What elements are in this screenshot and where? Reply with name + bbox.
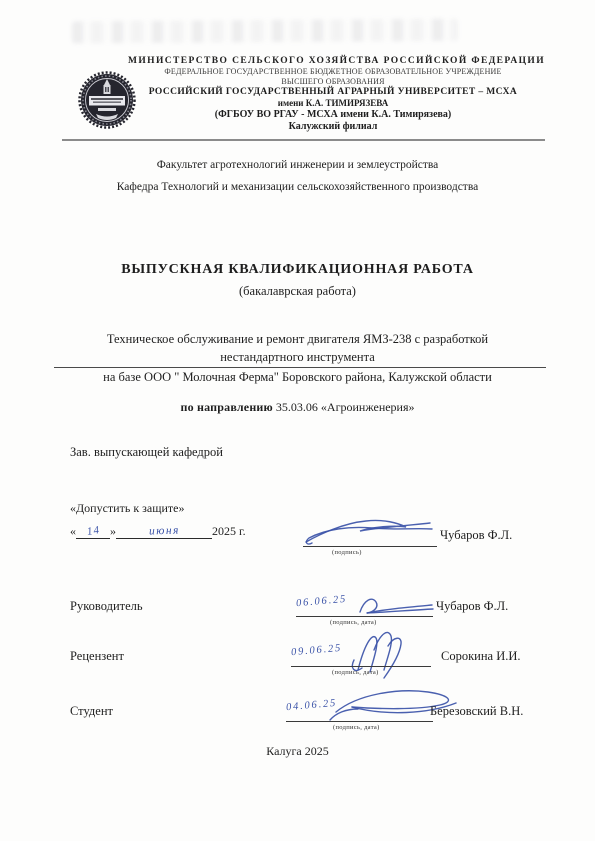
student-name: Березовский В.Н. bbox=[430, 704, 523, 719]
signature-line bbox=[286, 721, 433, 722]
year-label: 2025 г. bbox=[212, 524, 246, 538]
supervisor-name: Чубаров Ф.Л. bbox=[436, 599, 508, 614]
program-value: 35.03.06 «Агроинженерия» bbox=[276, 400, 415, 414]
org-type-line: ФЕДЕРАЛЬНОЕ ГОСУДАРСТВЕННОЕ БЮДЖЕТНОЕ ОБ… bbox=[128, 67, 538, 77]
handwritten-day: 14 bbox=[86, 524, 101, 538]
signature-caption: (подпись, дата) bbox=[332, 669, 379, 676]
department-line: Кафедра Технологий и механизации сельско… bbox=[0, 181, 595, 193]
approval-date-row: «14»июня2025 г. bbox=[70, 523, 246, 539]
topic-underline bbox=[54, 367, 546, 368]
city-year: Калуга 2025 bbox=[0, 744, 595, 759]
signature-caption: (подпись) bbox=[332, 549, 362, 556]
role-label-student: Студент bbox=[70, 704, 113, 719]
org-type-line2: ВЫСШЕГО ОБРАЗОВАНИЯ bbox=[128, 77, 538, 87]
topic-line-1: Техническое обслуживание и ремонт двигат… bbox=[0, 332, 595, 347]
faculty-line: Факультет агротехнологий инженерии и зем… bbox=[0, 159, 595, 171]
signature-line bbox=[296, 616, 433, 617]
admit-to-defense-line: «Допустить к защите» bbox=[70, 501, 184, 516]
handwritten-month: июня bbox=[148, 524, 179, 537]
handwritten-date-reviewer: 09.06.25 bbox=[291, 643, 343, 658]
signature-line bbox=[303, 546, 437, 547]
handwritten-date-supervisor: 06.06.25 bbox=[296, 594, 348, 609]
role-label-supervisor: Руководитель bbox=[70, 599, 143, 614]
reviewer-name: Сорокина И.И. bbox=[441, 649, 521, 664]
topic-line-3: на базе ООО " Молочная Ферма" Боровского… bbox=[0, 370, 595, 385]
topic-line-2: нестандартного инструмента bbox=[0, 350, 595, 365]
head-of-department-label: Зав. выпускающей кафедрой bbox=[70, 445, 223, 460]
scan-bleedthrough-smear bbox=[72, 19, 458, 44]
program-line: по направлению 35.03.06 «Агроинженерия» bbox=[0, 400, 595, 415]
program-label: по направлению bbox=[180, 400, 272, 414]
ministry-line: МИНИСТЕРСТВО СЕЛЬСКОГО ХОЗЯЙСТВА РОССИЙС… bbox=[128, 56, 538, 67]
signature-caption: (подпись, дата) bbox=[330, 619, 377, 626]
role-label-reviewer: Рецензент bbox=[70, 649, 124, 664]
approver-name: Чубаров Ф.Л. bbox=[440, 528, 512, 543]
work-title: ВЫПУСКНАЯ КВАЛИФИКАЦИОННАЯ РАБОТА bbox=[0, 262, 595, 278]
university-name: РОССИЙСКИЙ ГОСУДАРСТВЕННЫЙ АГРАРНЫЙ УНИВ… bbox=[128, 87, 538, 98]
student-signature bbox=[328, 680, 462, 726]
signature-line bbox=[291, 666, 431, 667]
header-divider bbox=[62, 139, 545, 141]
university-named-after: имени К.А. ТИМИРЯЗЕВА bbox=[128, 98, 538, 109]
document-page: МИНИСТЕРСТВО СЕЛЬСКОГО ХОЗЯЙСТВА РОССИЙС… bbox=[0, 0, 595, 841]
head-of-department-signature bbox=[300, 516, 440, 548]
branch-name: Калужский филиал bbox=[128, 121, 538, 133]
work-subtitle: (бакалаврская работа) bbox=[0, 284, 595, 299]
university-abbr: (ФГБОУ ВО РГАУ - МСХА имени К.А. Тимиряз… bbox=[128, 109, 538, 121]
letterhead: МИНИСТЕРСТВО СЕЛЬСКОГО ХОЗЯЙСТВА РОССИЙС… bbox=[128, 56, 538, 133]
signature-caption: (подпись, дата) bbox=[333, 724, 380, 731]
